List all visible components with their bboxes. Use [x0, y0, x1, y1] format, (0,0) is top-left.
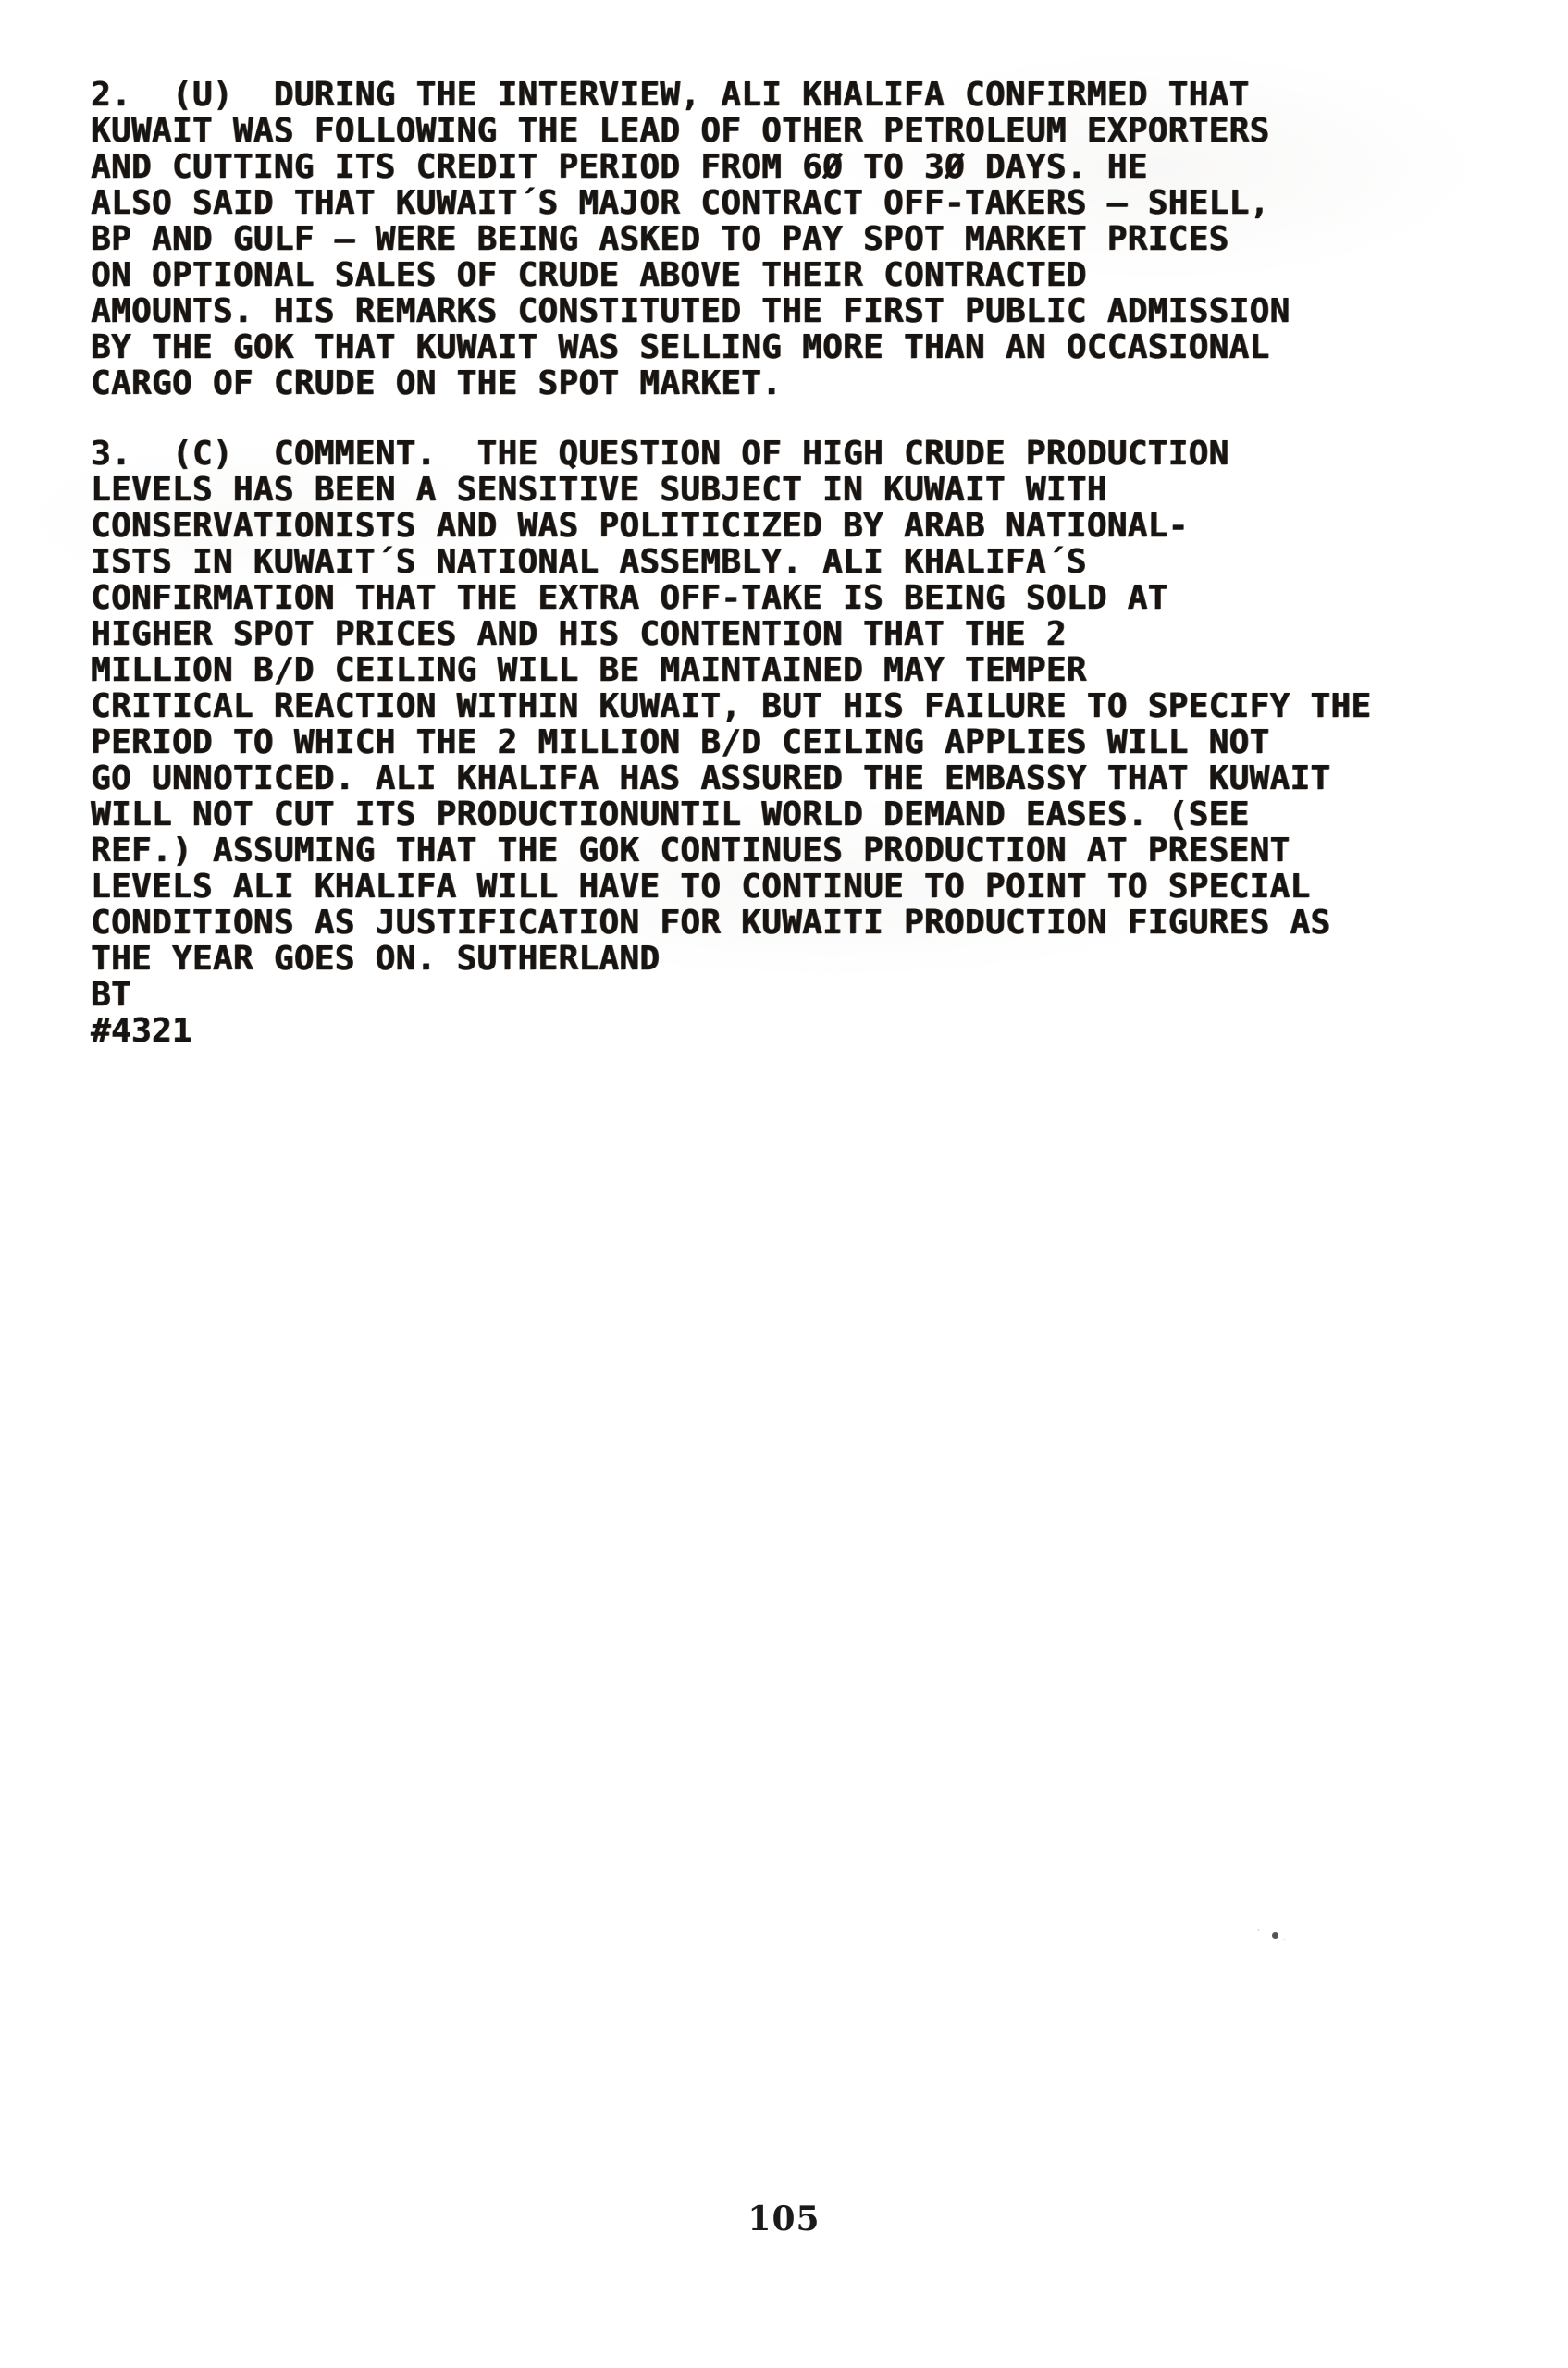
text-line: ISTS IN KUWAIT´S NATIONAL ASSEMBLY. ALI …	[91, 544, 1460, 580]
text-line: REF.) ASSUMING THAT THE GOK CONTINUES PR…	[91, 832, 1460, 869]
page-number: 105	[0, 2200, 1568, 2238]
text-line: LEVELS ALI KHALIFA WILL HAVE TO CONTINUE…	[91, 869, 1460, 905]
cable-text-block: 2. (U) DURING THE INTERVIEW, ALI KHALIFA…	[91, 77, 1460, 1049]
text-line: BP AND GULF – WERE BEING ASKED TO PAY SP…	[91, 221, 1460, 257]
scanned-document-page: 2. (U) DURING THE INTERVIEW, ALI KHALIFA…	[0, 0, 1568, 2368]
paragraph-2: 2. (U) DURING THE INTERVIEW, ALI KHALIFA…	[91, 77, 1460, 401]
text-line: HIGHER SPOT PRICES AND HIS CONTENTION TH…	[91, 616, 1460, 652]
text-line: GO UNNOTICED. ALI KHALIFA HAS ASSURED TH…	[91, 760, 1460, 796]
text-line: WILL NOT CUT ITS PRODUCTIONUNTIL WORLD D…	[91, 796, 1460, 832]
text-line: CONFIRMATION THAT THE EXTRA OFF-TAKE IS …	[91, 580, 1460, 616]
text-line: LEVELS HAS BEEN A SENSITIVE SUBJECT IN K…	[91, 472, 1460, 508]
text-line: MILLION B/D CEILING WILL BE MAINTAINED M…	[91, 652, 1460, 688]
text-line: AMOUNTS. HIS REMARKS CONSTITUTED THE FIR…	[91, 293, 1460, 329]
signoff-block: BT#4321	[91, 977, 1460, 1049]
text-line: 3. (C) COMMENT. THE QUESTION OF HIGH CRU…	[91, 436, 1460, 472]
text-line: BT	[91, 977, 1460, 1013]
text-line: CONSERVATIONISTS AND WAS POLITICIZED BY …	[91, 508, 1460, 544]
paragraph-3: 3. (C) COMMENT. THE QUESTION OF HIGH CRU…	[91, 436, 1460, 977]
text-line: CRITICAL REACTION WITHIN KUWAIT, BUT HIS…	[91, 688, 1460, 724]
scan-speck	[1272, 1932, 1278, 1939]
text-line: 2. (U) DURING THE INTERVIEW, ALI KHALIFA…	[91, 77, 1460, 113]
text-line: AND CUTTING ITS CREDIT PERIOD FROM 6Ø TO…	[91, 149, 1460, 185]
text-line: CONDITIONS AS JUSTIFICATION FOR KUWAITI …	[91, 905, 1460, 941]
text-line: PERIOD TO WHICH THE 2 MILLION B/D CEILIN…	[91, 724, 1460, 760]
text-line: CARGO OF CRUDE ON THE SPOT MARKET.	[91, 365, 1460, 401]
text-line: THE YEAR GOES ON. SUTHERLAND	[91, 941, 1460, 977]
text-line: KUWAIT WAS FOLLOWING THE LEAD OF OTHER P…	[91, 113, 1460, 149]
text-line: ON OPTIONAL SALES OF CRUDE ABOVE THEIR C…	[91, 257, 1460, 293]
text-line: #4321	[91, 1013, 1460, 1049]
text-line: BY THE GOK THAT KUWAIT WAS SELLING MORE …	[91, 329, 1460, 365]
text-line: ALSO SAID THAT KUWAIT´S MAJOR CONTRACT O…	[91, 185, 1460, 221]
